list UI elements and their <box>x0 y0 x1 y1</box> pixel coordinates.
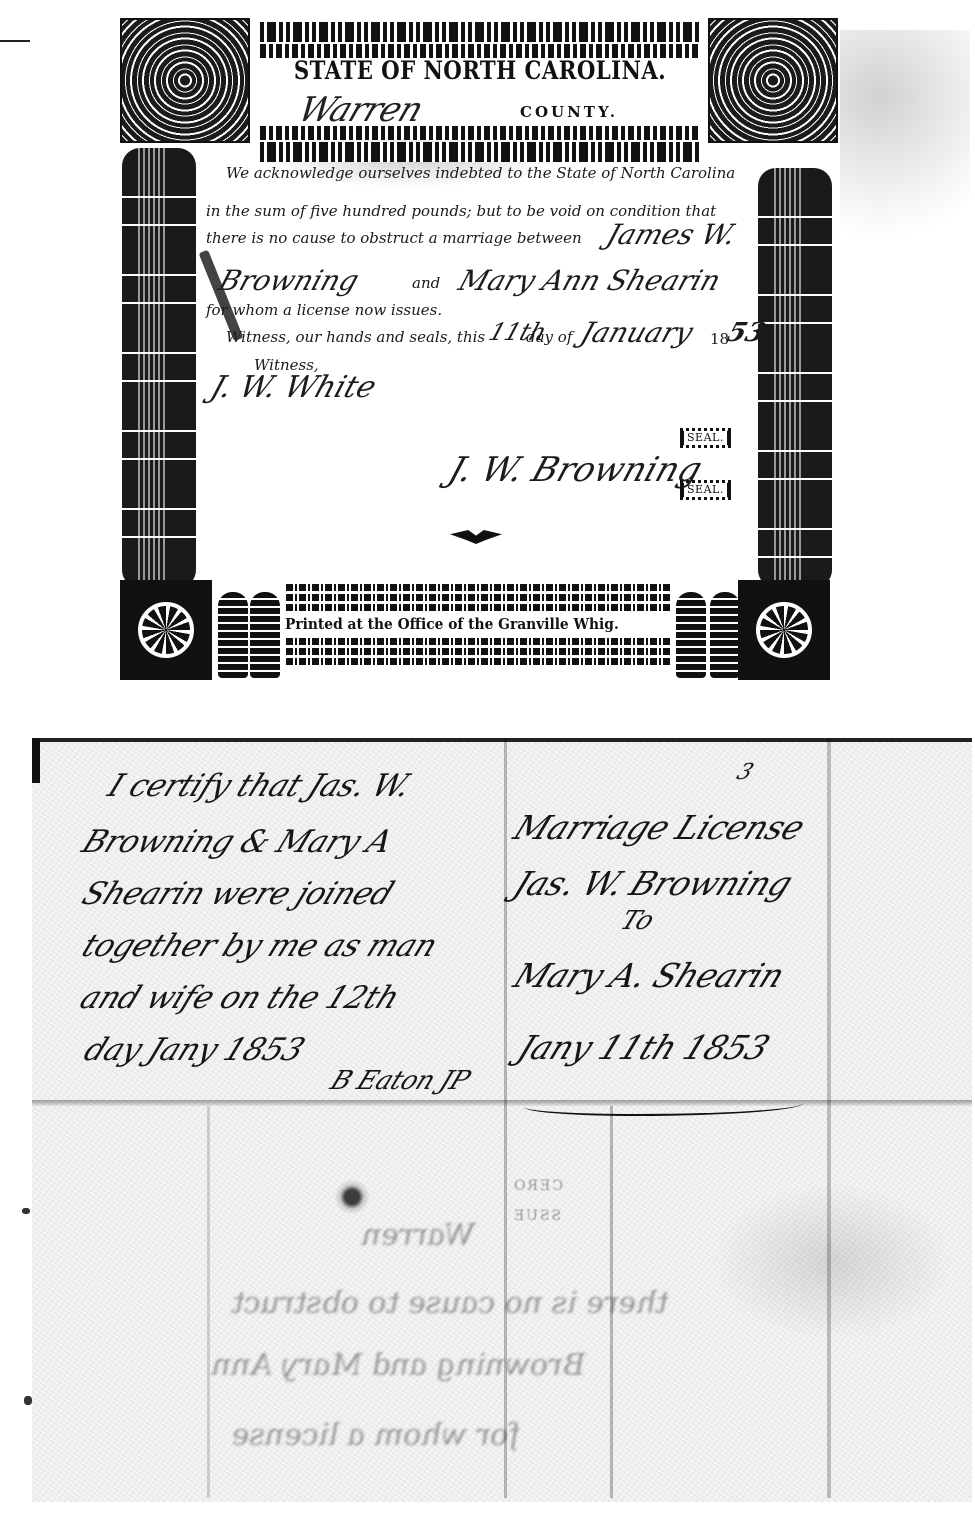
chain-ornament <box>286 648 671 655</box>
bleed-through-line: Browning and Mary Ann <box>206 1348 592 1383</box>
ornament-vine-right-icon <box>758 168 832 588</box>
chain-ornament <box>286 594 671 601</box>
fold-crease-vertical <box>504 738 507 1498</box>
endorsement-title: Marriage License <box>508 808 810 847</box>
form-title: STATE OF NORTH CAROLINA. <box>285 56 676 85</box>
certificate-line-4: together by me as man <box>77 928 443 964</box>
bleed-through-line: Warren <box>356 1218 481 1253</box>
bride-name-handwritten: Mary Ann Shearin <box>455 264 725 297</box>
rosette-left-icon <box>120 580 212 680</box>
witness-signature: J. W. White <box>206 370 380 405</box>
certificate-line-3: Shearin were joined <box>77 876 399 912</box>
day-of-label: day of <box>526 328 572 346</box>
printer-footer: Printed at the Office of the Granville W… <box>120 578 838 680</box>
seal-box-1: SEAL. <box>680 428 731 448</box>
bond-text-line-1: We acknowledge ourselves indebted to the… <box>226 164 788 182</box>
ornament-corner-top-left-icon <box>120 18 250 143</box>
month-handwritten: January <box>577 316 698 349</box>
scan-artifact-line <box>0 40 30 42</box>
county-name-handwritten: Warren <box>293 90 428 130</box>
chain-ornament <box>286 584 671 591</box>
chain-ornament <box>286 638 671 645</box>
palm-ornament-icon <box>218 592 248 678</box>
license-docket-back: I certify that Jas. W. Browning & Mary A… <box>32 738 972 1498</box>
printer-credit: Printed at the Office of the Granville W… <box>285 615 619 633</box>
ornament-band-top <box>260 22 700 42</box>
certificate-line-1: I certify that Jas. W. <box>103 768 416 804</box>
county-label: COUNTY. <box>520 103 618 121</box>
and-label: and <box>412 274 440 292</box>
groom-last-name-handwritten: Browning <box>215 264 363 297</box>
ornament-band-mid <box>260 142 700 162</box>
fold-crease-vertical <box>827 738 831 1498</box>
groom-first-name-handwritten: James W. <box>603 218 741 251</box>
ornament-vine-left-icon <box>122 148 196 588</box>
endorsement-groom: Jas. W. Browning <box>508 864 798 903</box>
bleed-through-line: for whom a license <box>226 1418 526 1453</box>
scan-speckle <box>840 30 970 250</box>
seal-box-2: SEAL. <box>680 480 731 500</box>
scan-artifact-dot <box>24 1396 32 1405</box>
bleed-through-line: there is no cause to obstruct <box>226 1286 675 1321</box>
paper-edge-shadow <box>32 738 40 783</box>
bleed-through-print: SSUE <box>512 1208 561 1224</box>
certificate-line-5: and wife on the 12th <box>75 980 405 1016</box>
fold-crease-vertical <box>207 1106 210 1498</box>
rosette-right-icon <box>738 580 830 680</box>
ornament-corner-top-right-icon <box>708 18 838 143</box>
scan-artifact-dot <box>22 1208 30 1214</box>
marriage-bond-form: STATE OF NORTH CAROLINA. Warren COUNTY. … <box>120 18 838 680</box>
chain-ornament <box>286 604 671 611</box>
endorsement-bride: Mary A. Shearin <box>508 956 790 995</box>
officiant-signature: B Eaton JP <box>326 1066 474 1096</box>
fold-crease-horizontal <box>32 1100 972 1106</box>
witness-line-prefix: Witness, our hands and seals, this <box>226 328 485 346</box>
chain-ornament <box>286 658 671 665</box>
palm-ornament-icon <box>676 592 706 678</box>
ornament-chain-mid <box>260 126 700 140</box>
certificate-line-2: Browning & Mary A <box>77 824 398 860</box>
principal-signature: J. W. Browning <box>444 450 707 490</box>
palm-ornament-icon <box>710 592 740 678</box>
eagle-ornament-icon <box>450 530 502 544</box>
certificate-line-6: day Jany 1853 <box>79 1032 310 1068</box>
endorsement-date: Jany 11th 1853 <box>512 1028 775 1067</box>
bleed-through-print: CERO <box>512 1178 563 1194</box>
palm-ornament-icon <box>250 592 280 678</box>
